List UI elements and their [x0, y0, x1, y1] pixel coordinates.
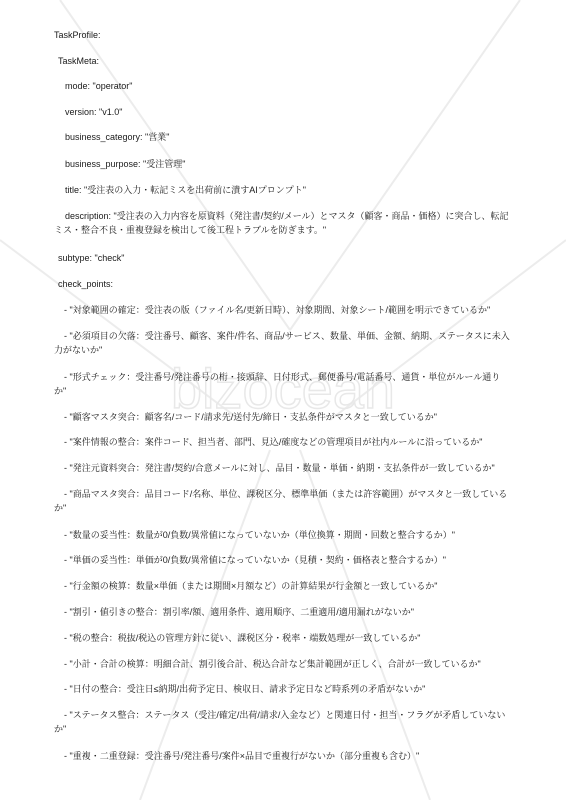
check-point-item: - "顧客マスタ突合：顧客名/コード/請求先/送付先/締日・支払条件がマスタと一… — [54, 411, 510, 425]
check-point-item: - "日付の整合：受注日≤納期/出荷予定日、検収日、請求予定日など時系列の矛盾が… — [54, 683, 510, 697]
check-point-item: - "数量の妥当性：数量が0/負数/異常値になっていないか（単位換算・期間・回数… — [54, 529, 510, 543]
check-point-item: - "ステータス整合：ステータス（受注/確定/出荷/請求/入金など）と関連日付・… — [54, 709, 510, 736]
meta-mode: mode: "operator" — [54, 80, 510, 94]
check-point-item: - "単価の妥当性：単価が0/負数/異常値になっていないか（見積・契約・価格表と… — [54, 554, 510, 568]
check-point-item: - "小計・合計の検算：明細合計、割引後合計、税込合計など集計範囲が正しく、合計… — [54, 658, 510, 672]
check-point-item: - "必須項目の欠落：受注番号、顧客、案件/件名、商品/サービス、数量、単価、金… — [54, 330, 510, 357]
check-point-item: - "形式チェック：受注番号/発注番号の桁・接頭辞、日付形式、郵便番号/電話番号… — [54, 371, 510, 398]
watermark: bizocean — [0, 0, 566, 800]
check-point-item: - "対象範囲の確定：受注表の版（ファイル名/更新日時）、対象期間、対象シート/… — [54, 304, 510, 318]
check-points-key: check_points: — [54, 278, 510, 292]
meta-business-purpose: business_purpose: "受注管理" — [54, 158, 510, 172]
check-point-item: - "商品マスタ突合：品目コード/名称、単位、課税区分、標準単価（または許容範囲… — [54, 488, 510, 515]
meta-business-category: business_category: "営業" — [54, 131, 510, 145]
check-point-item: - "税の整合：税抜/税込の管理方針に従い、課税区分・税率・端数処理が一致してい… — [54, 632, 510, 646]
check-point-item: - "案件情報の整合：案件コード、担当者、部門、見込/確度などの管理項目が社内ル… — [54, 436, 510, 450]
check-point-item: - "行金額の検算：数量×単価（または期間×月額など）の計算結果が行金額と一致し… — [54, 580, 510, 594]
meta-key: TaskMeta: — [54, 55, 510, 69]
check-point-item: - "重複・二重登録：受注番号/発注番号/案件×品目で重複行がないか（部分重複も… — [54, 750, 510, 764]
meta-version: version: "v1.0" — [54, 106, 510, 120]
meta-title: title: "受注表の入力・転記ミスを出荷前に潰すAIプロンプト" — [54, 184, 510, 198]
meta-description: description: "受注表の入力内容を原資料（発注書/契約/メール）とマ… — [54, 210, 510, 237]
root-key: TaskProfile: — [54, 29, 510, 43]
check-point-item: - "割引・値引きの整合：割引率/額、適用条件、適用順序、二重適用/適用漏れがな… — [54, 606, 510, 620]
subtype: subtype: "check" — [54, 252, 510, 266]
check-point-item: - "発注元資料突合：発注書/契約/合意メールに対し、品目・数量・単価・納期・支… — [54, 462, 510, 476]
